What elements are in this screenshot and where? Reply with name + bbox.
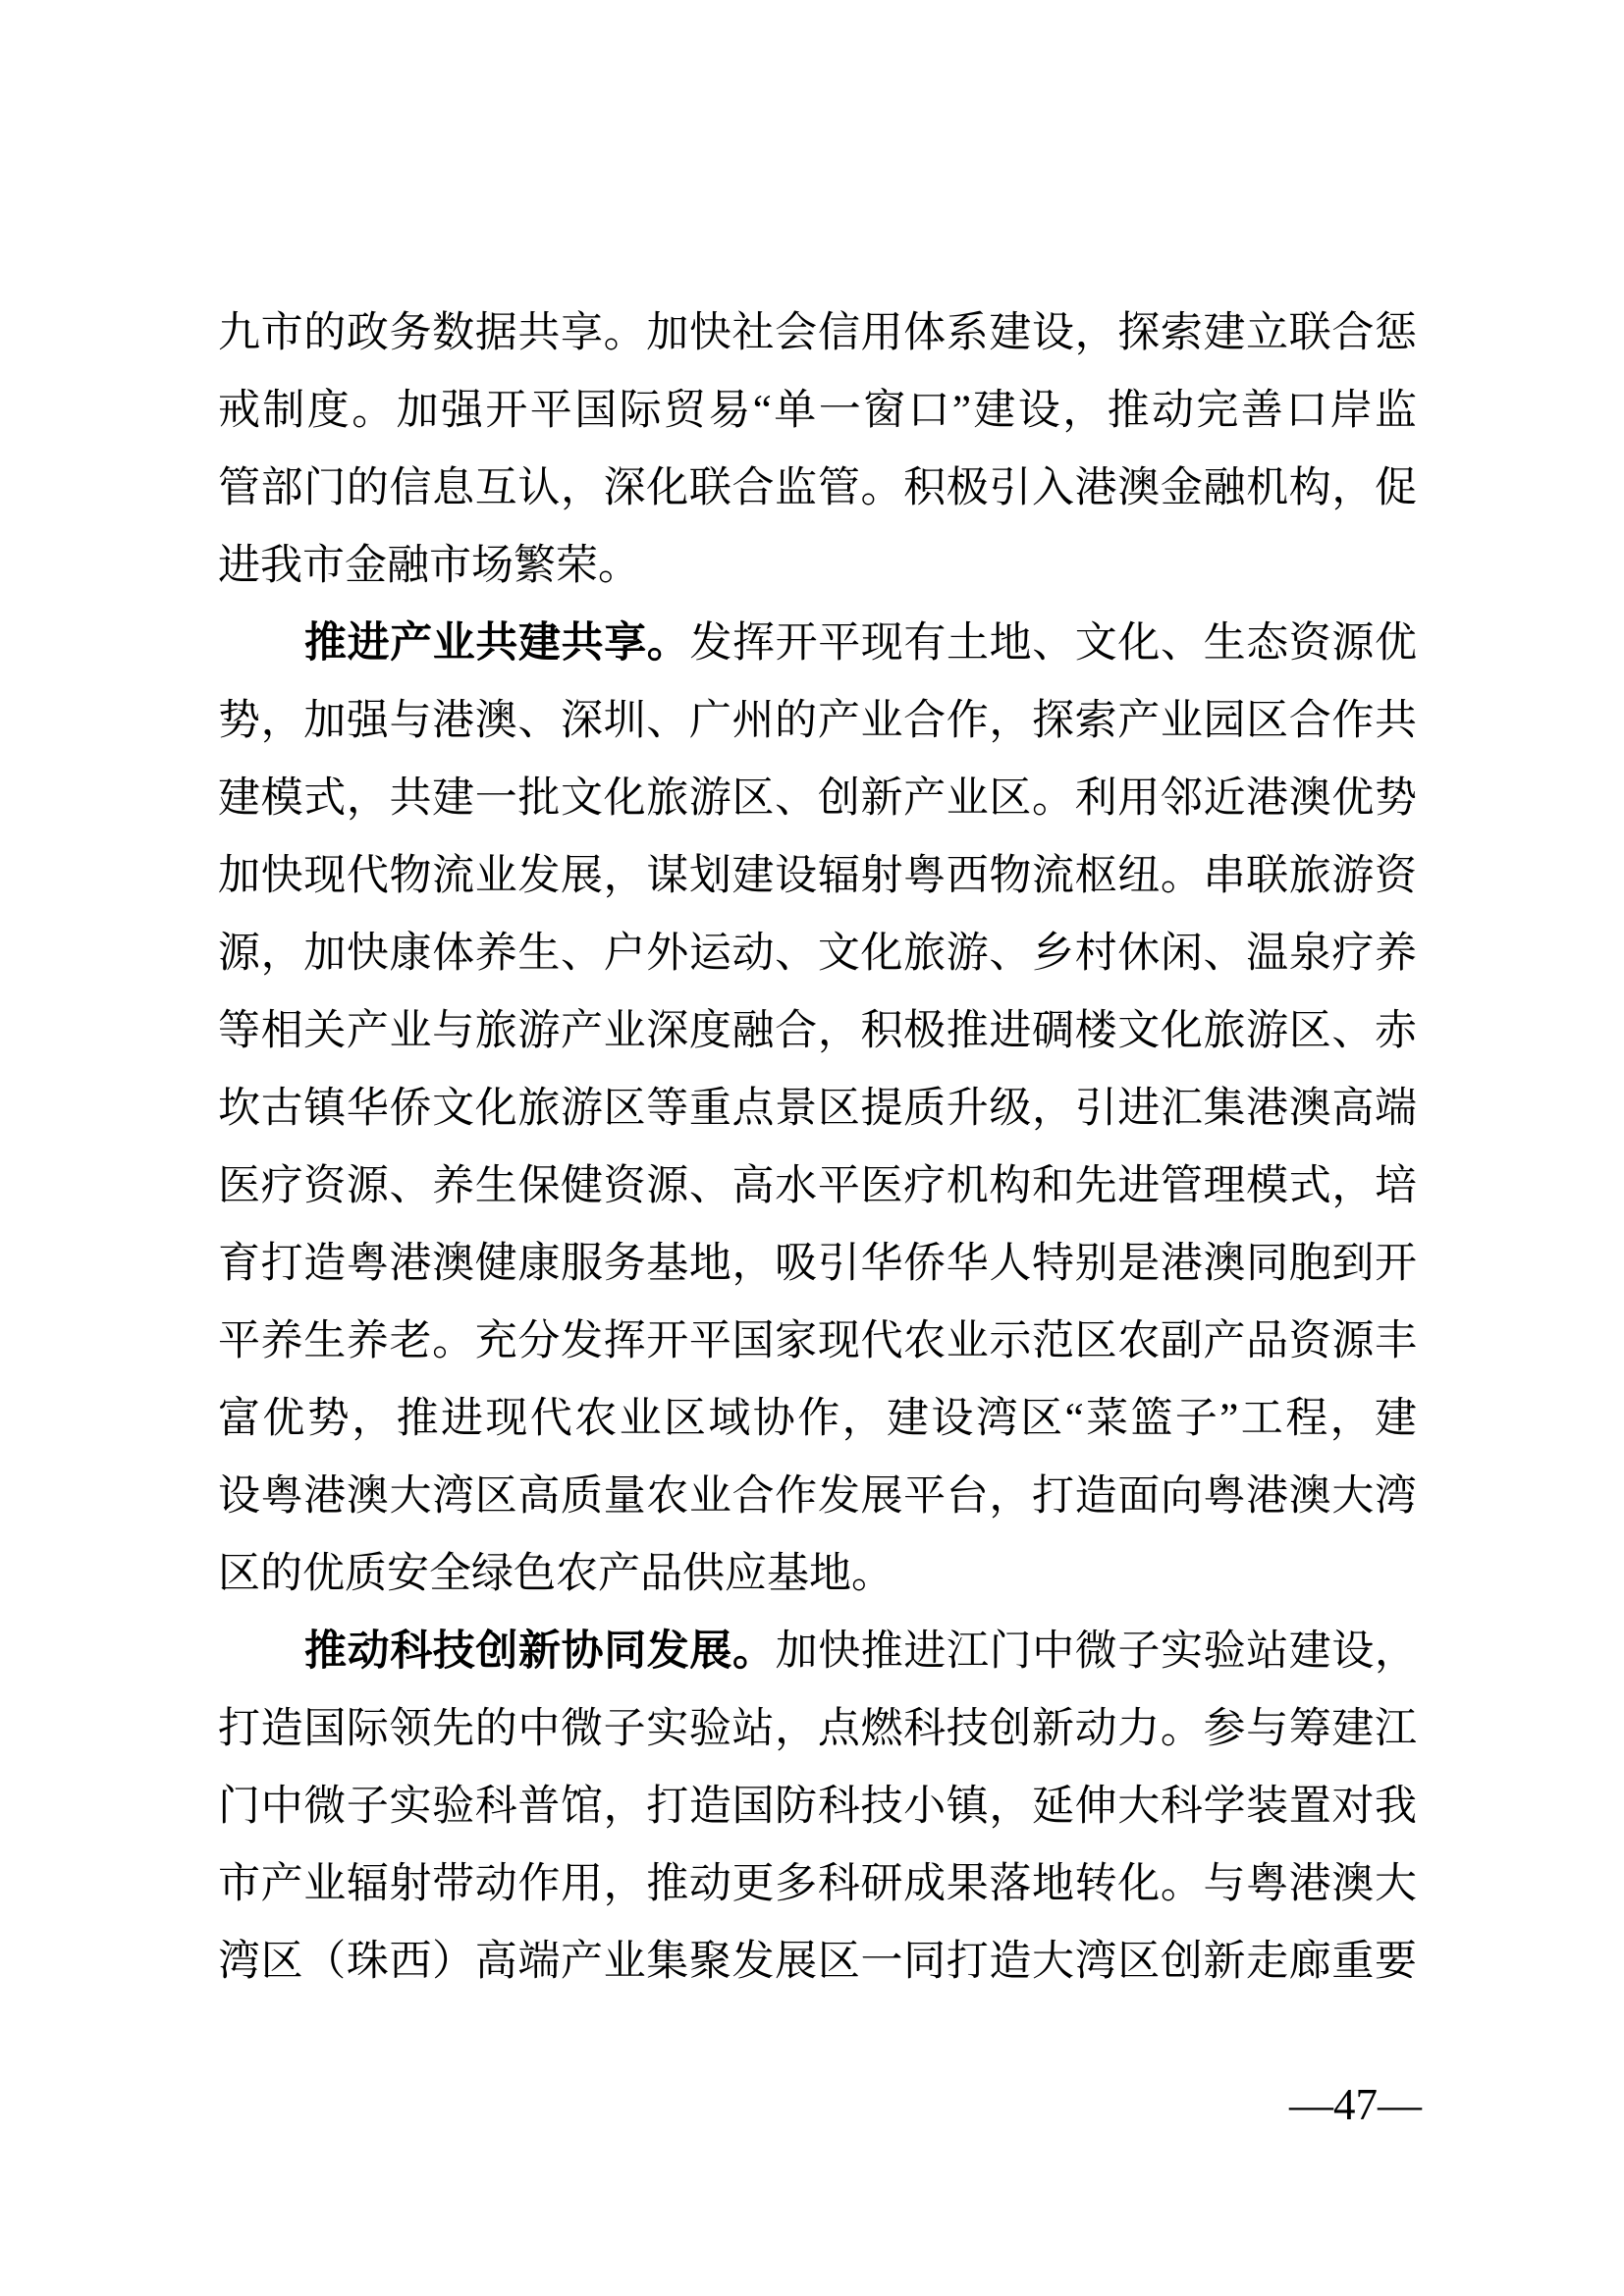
text-segment: 戒制度。加强开平国际贸易“单一窗口”建设，推动完善口岸监 <box>218 388 1417 434</box>
paragraph-lead-bold: 推进产业共建共享。 <box>304 620 689 667</box>
text-line: 育打造粤港澳健康服务基地，吸引华侨华人特别是港澳同胞到开 <box>218 1225 1417 1303</box>
text-segment: 平养生养老。充分发挥开平国家现代农业示范区农副产品资源丰 <box>218 1318 1417 1364</box>
text-segment: 发挥开平现有土地、文化、生态资源优 <box>689 620 1417 667</box>
text-segment: 区的优质安全绿色农产品供应基地。 <box>218 1551 893 1597</box>
text-segment: 进我市金融市场繁荣。 <box>218 543 640 589</box>
text-line: 富优势，推进现代农业区域协作，建设湾区“菜篮子”工程，建 <box>218 1380 1417 1458</box>
text-line: 市产业辐射带动作用，推动更多科研成果落地转化。与粤港澳大 <box>218 1845 1417 1923</box>
text-segment: 管部门的信息互认，深化联合监管。积极引入港澳金融机构，促 <box>218 465 1417 511</box>
text-segment: 坎古镇华侨文化旅游区等重点景区提质升级，引进汇集港澳高端 <box>218 1086 1417 1132</box>
text-line: 区的优质安全绿色农产品供应基地。 <box>218 1535 1417 1613</box>
text-line: 医疗资源、养生保健资源、高水平医疗机构和先进管理模式，培 <box>218 1148 1417 1225</box>
text-line: 推动科技创新协同发展。加快推进江门中微子实验站建设， <box>218 1613 1417 1690</box>
text-segment: 育打造粤港澳健康服务基地，吸引华侨华人特别是港澳同胞到开 <box>218 1241 1417 1287</box>
text-line: 湾区（珠西）高端产业集聚发展区一同打造大湾区创新走廊重要 <box>218 1923 1417 2001</box>
text-line: 推进产业共建共享。发挥开平现有土地、文化、生态资源优 <box>218 605 1417 682</box>
text-line: 源，加快康体养生、户外运动、文化旅游、乡村休闲、温泉疗养 <box>218 915 1417 992</box>
document-body: 九市的政务数据共享。加快社会信用体系建设，探索建立联合惩戒制度。加强开平国际贸易… <box>218 294 1417 2001</box>
text-segment: 等相关产业与旅游产业深度融合，积极推进碉楼文化旅游区、赤 <box>218 1008 1417 1054</box>
document-page: 九市的政务数据共享。加快社会信用体系建设，探索建立联合惩戒制度。加强开平国际贸易… <box>0 0 1624 2296</box>
text-line: 平养生养老。充分发挥开平国家现代农业示范区农副产品资源丰 <box>218 1303 1417 1380</box>
text-line: 进我市金融市场繁荣。 <box>218 527 1417 605</box>
text-line: 设粤港澳大湾区高质量农业合作发展平台，打造面向粤港澳大湾 <box>218 1458 1417 1535</box>
text-line: 加快现代物流业发展，谋划建设辐射粤西物流枢纽。串联旅游资 <box>218 837 1417 915</box>
text-line: 坎古镇华侨文化旅游区等重点景区提质升级，引进汇集港澳高端 <box>218 1070 1417 1148</box>
text-segment: 加快推进江门中微子实验站建设， <box>776 1629 1417 1675</box>
text-segment: 富优势，推进现代农业区域协作，建设湾区“菜篮子”工程，建 <box>218 1396 1417 1442</box>
text-line: 戒制度。加强开平国际贸易“单一窗口”建设，推动完善口岸监 <box>218 372 1417 450</box>
text-segment: 湾区（珠西）高端产业集聚发展区一同打造大湾区创新走廊重要 <box>218 1939 1417 1985</box>
text-segment: 九市的政务数据共享。加快社会信用体系建设，探索建立联合惩 <box>218 310 1417 356</box>
text-segment: 门中微子实验科普馆，打造国防科技小镇，延伸大科学装置对我 <box>218 1784 1417 1830</box>
page-number: —47— <box>1289 2083 1422 2127</box>
text-line: 建模式，共建一批文化旅游区、创新产业区。利用邻近港澳优势 <box>218 760 1417 837</box>
text-line: 等相关产业与旅游产业深度融合，积极推进碉楼文化旅游区、赤 <box>218 992 1417 1070</box>
text-segment: 源，加快康体养生、户外运动、文化旅游、乡村休闲、温泉疗养 <box>218 931 1417 977</box>
text-line: 势，加强与港澳、深圳、广州的产业合作，探索产业园区合作共 <box>218 682 1417 760</box>
text-line: 门中微子实验科普馆，打造国防科技小镇，延伸大科学装置对我 <box>218 1768 1417 1845</box>
text-segment: 医疗资源、养生保健资源、高水平医疗机构和先进管理模式，培 <box>218 1163 1417 1209</box>
paragraph-lead-bold: 推动科技创新协同发展。 <box>304 1629 776 1675</box>
text-segment: 设粤港澳大湾区高质量农业合作发展平台，打造面向粤港澳大湾 <box>218 1473 1417 1520</box>
text-segment: 建模式，共建一批文化旅游区、创新产业区。利用邻近港澳优势 <box>218 775 1417 822</box>
text-segment: 市产业辐射带动作用，推动更多科研成果落地转化。与粤港澳大 <box>218 1861 1417 1907</box>
text-segment: 势，加强与港澳、深圳、广州的产业合作，探索产业园区合作共 <box>218 698 1417 744</box>
text-line: 管部门的信息互认，深化联合监管。积极引入港澳金融机构，促 <box>218 450 1417 527</box>
text-line: 九市的政务数据共享。加快社会信用体系建设，探索建立联合惩 <box>218 294 1417 372</box>
text-segment: 加快现代物流业发展，谋划建设辐射粤西物流枢纽。串联旅游资 <box>218 853 1417 899</box>
text-segment: 打造国际领先的中微子实验站，点燃科技创新动力。参与筹建江 <box>218 1706 1417 1752</box>
text-line: 打造国际领先的中微子实验站，点燃科技创新动力。参与筹建江 <box>218 1690 1417 1768</box>
